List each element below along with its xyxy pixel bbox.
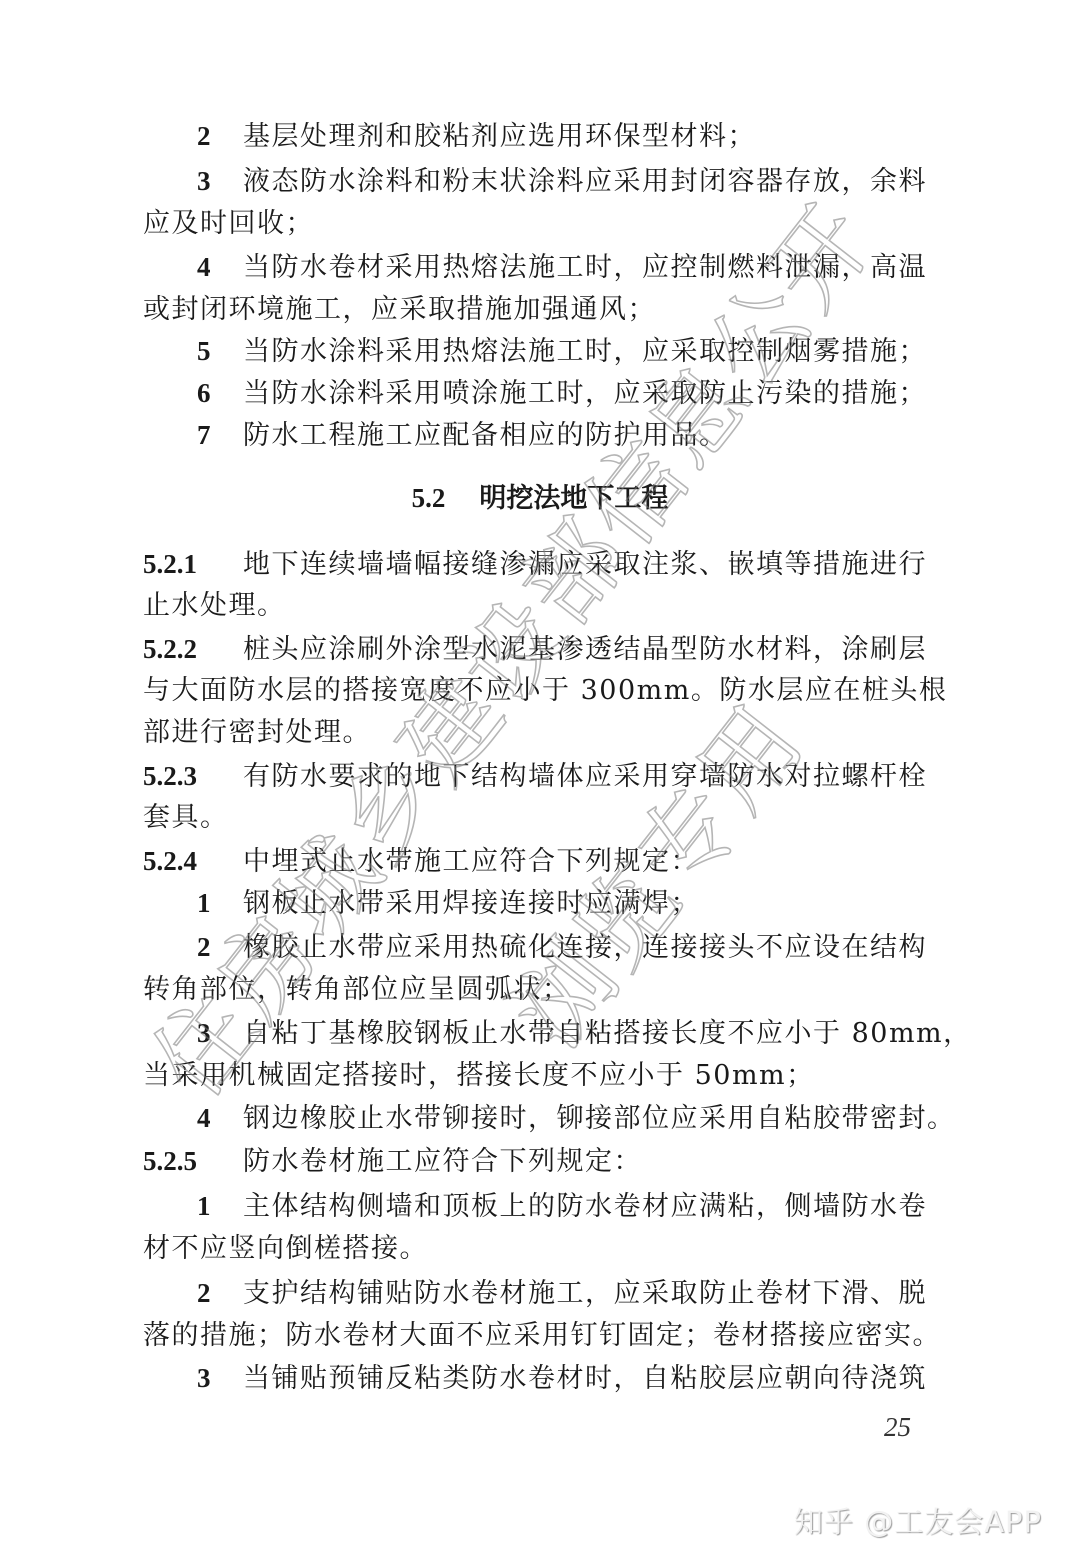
list-item: 1钢板止水带采用焊接连接时应满焊； xyxy=(197,882,997,924)
item-number: 1 xyxy=(197,882,243,924)
clause-text: 有防水要求的地下结构墙体应采用穿墙防水对拉螺杆栓 xyxy=(243,761,927,792)
item-number: 3 xyxy=(197,1012,243,1054)
document-page: 2基层处理剂和胶粘剂应选用环保型材料； 3液态防水涂料和粉末状涂料应采用封闭容器… xyxy=(0,0,1080,1563)
list-item: 1主体结构侧墙和顶板上的防水卷材应满粘，侧墙防水卷 xyxy=(197,1185,997,1227)
item-number: 1 xyxy=(197,1185,243,1227)
item-number: 4 xyxy=(197,246,243,288)
item-number: 2 xyxy=(197,926,243,968)
section-heading: 5.2明挖法地下工程 xyxy=(0,477,1080,520)
continuation-line: 落的措施；防水卷材大面不应采用钉钉固定；卷材搭接应密实。 xyxy=(143,1315,943,1357)
item-text: 支护结构铺贴防水卷材施工，应采取防止卷材下滑、脱 xyxy=(243,1278,927,1309)
item-number: 3 xyxy=(197,1357,243,1399)
item-text: 防水工程施工应配备相应的防护用品。 xyxy=(243,420,728,451)
item-text: 主体结构侧墙和顶板上的防水卷材应满粘，侧墙防水卷 xyxy=(243,1191,927,1222)
item-number: 7 xyxy=(197,414,243,456)
clause-number: 5.2.2 xyxy=(143,628,243,670)
continuation-line: 材不应竖向倒槎搭接。 xyxy=(143,1228,943,1270)
clause: 5.2.1地下连续墙墙幅接缝渗漏应采取注浆、嵌填等措施进行 xyxy=(143,543,943,585)
list-item: 5当防水涂料采用热熔法施工时，应采取控制烟雾措施； xyxy=(197,330,997,372)
continuation-line: 转角部位，转角部位应呈圆弧状； xyxy=(143,969,943,1011)
clause-text: 桩头应涂刷外涂型水泥基渗透结晶型防水材料，涂刷层 xyxy=(243,634,927,665)
list-item: 3当铺贴预铺反粘类防水卷材时，自粘胶层应朝向待浇筑 xyxy=(197,1357,997,1399)
continuation-line: 当采用机械固定搭接时，搭接长度不应小于 50mm； xyxy=(143,1055,943,1097)
section-number: 5.2 xyxy=(412,483,446,513)
continuation-line: 与大面防水层的搭接宽度不应小于 300mm。防水层应在桩头根 xyxy=(143,670,943,712)
item-number: 5 xyxy=(197,330,243,372)
item-text: 基层处理剂和胶粘剂应选用环保型材料； xyxy=(243,121,756,152)
continuation-line: 部进行密封处理。 xyxy=(143,712,943,754)
item-number: 3 xyxy=(197,160,243,202)
clause: 5.2.4中埋式止水带施工应符合下列规定： xyxy=(143,840,943,882)
list-item: 7防水工程施工应配备相应的防护用品。 xyxy=(197,414,997,456)
clause-number: 5.2.1 xyxy=(143,543,243,585)
item-text: 当防水卷材采用热熔法施工时，应控制燃料泄漏，高温 xyxy=(243,252,927,283)
item-text: 钢板止水带采用焊接连接时应满焊； xyxy=(243,888,699,919)
page-number: 25 xyxy=(884,1412,911,1443)
list-item: 3自粘丁基橡胶钢板止水带自粘搭接长度不应小于 80mm， xyxy=(197,1012,997,1054)
clause-number: 5.2.5 xyxy=(143,1140,243,1182)
item-number: 4 xyxy=(197,1097,243,1139)
source-watermark: 知乎 @工友会APP xyxy=(794,1500,1042,1541)
list-item: 6当防水涂料采用喷涂施工时，应采取防止污染的措施； xyxy=(197,372,997,414)
item-text: 当铺贴预铺反粘类防水卷材时，自粘胶层应朝向待浇筑 xyxy=(243,1363,927,1394)
clause: 5.2.3有防水要求的地下结构墙体应采用穿墙防水对拉螺杆栓 xyxy=(143,755,943,797)
list-item: 4当防水卷材采用热熔法施工时，应控制燃料泄漏，高温 xyxy=(197,246,997,288)
continuation-line: 套具。 xyxy=(143,797,943,839)
continuation-line: 应及时回收； xyxy=(143,203,943,245)
item-number: 2 xyxy=(197,115,243,157)
list-item: 2橡胶止水带应采用热硫化连接，连接接头不应设在结构 xyxy=(197,926,997,968)
continuation-line: 止水处理。 xyxy=(143,585,943,627)
item-text: 橡胶止水带应采用热硫化连接，连接接头不应设在结构 xyxy=(243,932,927,963)
list-item: 3液态防水涂料和粉末状涂料应采用封闭容器存放，余料 xyxy=(197,160,997,202)
clause-number: 5.2.3 xyxy=(143,755,243,797)
clause: 5.2.2桩头应涂刷外涂型水泥基渗透结晶型防水材料，涂刷层 xyxy=(143,628,943,670)
section-title: 明挖法地下工程 xyxy=(479,483,668,514)
item-text: 当防水涂料采用热熔法施工时，应采取控制烟雾措施； xyxy=(243,336,927,367)
clause-number: 5.2.4 xyxy=(143,840,243,882)
list-item: 4钢边橡胶止水带铆接时，铆接部位应采用自粘胶带密封。 xyxy=(197,1097,997,1139)
item-number: 2 xyxy=(197,1272,243,1314)
list-item: 2基层处理剂和胶粘剂应选用环保型材料； xyxy=(197,115,997,157)
clause: 5.2.5防水卷材施工应符合下列规定： xyxy=(143,1140,943,1182)
item-text: 钢边橡胶止水带铆接时，铆接部位应采用自粘胶带密封。 xyxy=(243,1103,956,1134)
item-text: 液态防水涂料和粉末状涂料应采用封闭容器存放，余料 xyxy=(243,166,927,197)
item-number: 6 xyxy=(197,372,243,414)
continuation-line: 或封闭环境施工，应采取措施加强通风； xyxy=(143,289,943,331)
item-text: 自粘丁基橡胶钢板止水带自粘搭接长度不应小于 80mm， xyxy=(243,1018,972,1049)
clause-text: 防水卷材施工应符合下列规定： xyxy=(243,1146,642,1177)
clause-text: 中埋式止水带施工应符合下列规定： xyxy=(243,846,699,877)
item-text: 当防水涂料采用喷涂施工时，应采取防止污染的措施； xyxy=(243,378,927,409)
clause-text: 地下连续墙墙幅接缝渗漏应采取注浆、嵌填等措施进行 xyxy=(243,549,927,580)
list-item: 2支护结构铺贴防水卷材施工，应采取防止卷材下滑、脱 xyxy=(197,1272,997,1314)
